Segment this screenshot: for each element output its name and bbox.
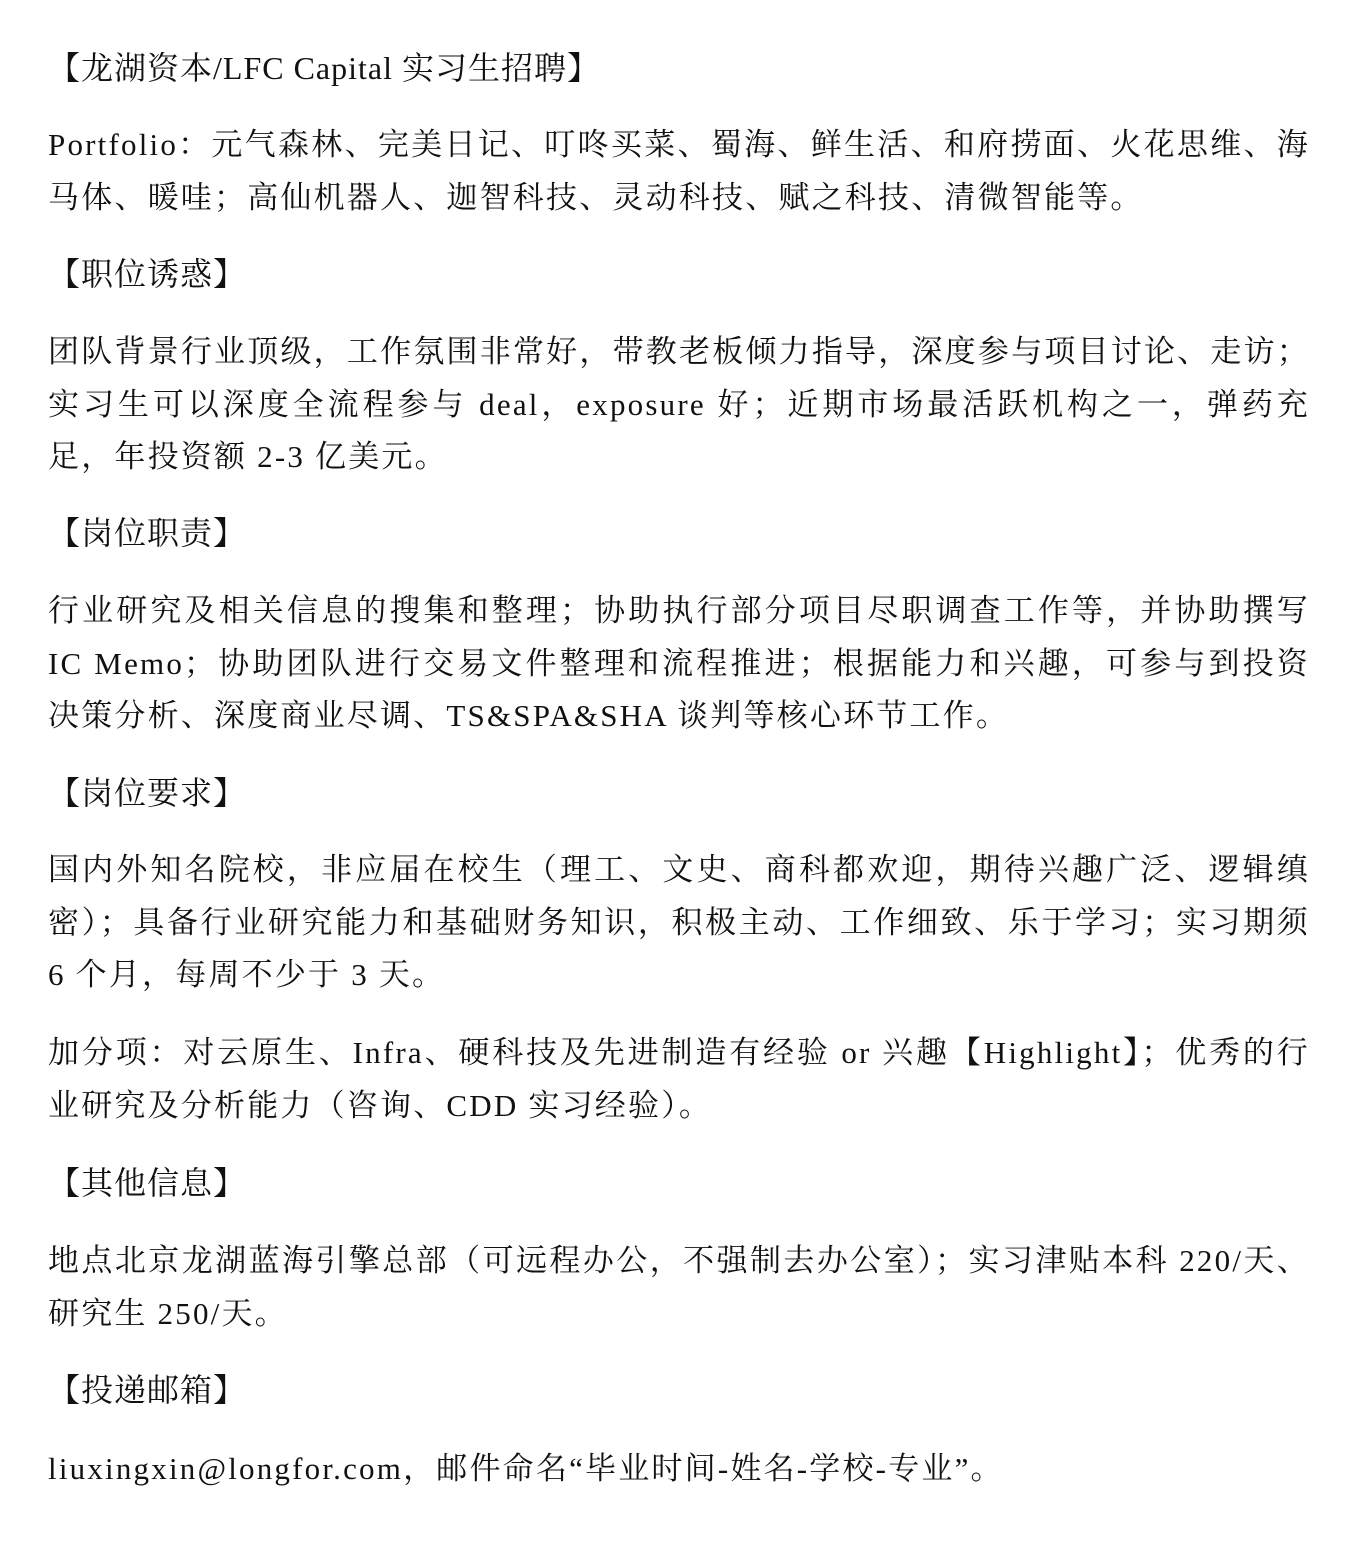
section-body-perks: 团队背景行业顶级，工作氛围非常好，带教老板倾力指导，深度参与项目讨论、走访；实习… [48, 326, 1310, 484]
document-title: 【龙湖资本/LFC Capital 实习生招聘】 [48, 48, 600, 88]
section-body-other-info: 地点北京龙湖蓝海引擎总部（可远程办公，不强制去办公室）；实习津贴本科 220/天… [48, 1235, 1310, 1340]
section-bonus-requirements: 加分项：对云原生、Infra、硬科技及先进制造有经验 or 兴趣【Highlig… [48, 1027, 1310, 1132]
section-body-application-email: liuxingxin@longfor.com，邮件命名“毕业时间-姓名-学校-专… [48, 1443, 1310, 1496]
section-body-requirements: 国内外知名院校，非应届在校生（理工、文史、商科都欢迎，期待兴趣广泛、逻辑缜密）；… [48, 844, 1310, 1002]
section-heading-responsibilities: 【岗位职责】 [48, 513, 246, 553]
section-heading-perks: 【职位诱惑】 [48, 254, 246, 294]
section-heading-other-info: 【其他信息】 [48, 1163, 246, 1203]
section-heading-requirements: 【岗位要求】 [48, 773, 246, 813]
portfolio-paragraph: Portfolio：元气森林、完美日记、叮咚买菜、蜀海、鲜生活、和府捞面、火花思… [48, 119, 1310, 224]
section-heading-application-email: 【投递邮箱】 [48, 1370, 246, 1410]
section-body-responsibilities: 行业研究及相关信息的搜集和整理；协助执行部分项目尽职调查工作等，并协助撰写 IC… [48, 585, 1310, 743]
